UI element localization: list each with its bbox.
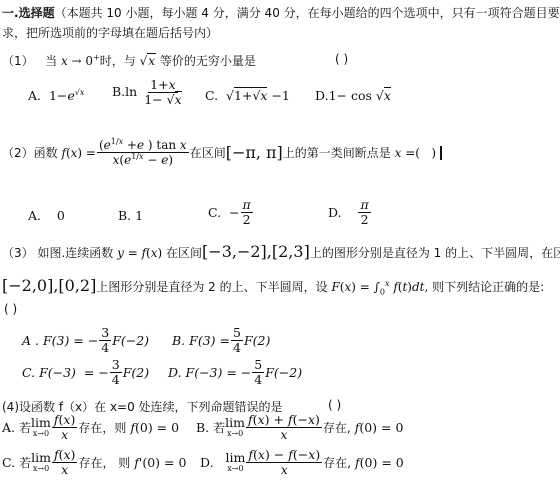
option-label: D. (168, 365, 182, 380)
option-4c[interactable]: C. 若limx→0 f(x)x 存在， 则 f '(0) = 0 (2, 448, 186, 477)
interval: [−3,−2],[2,3] (202, 242, 310, 261)
fraction: (e1/x +e ) tan x x(e1/x − e) (97, 138, 189, 167)
stem-text: 当 (45, 54, 57, 68)
option-1d[interactable]: D.1− cos √x (315, 88, 391, 103)
option-label: D. (328, 205, 342, 220)
option-4a[interactable]: A. 若limx→0 f(x)x 存在，则 f(0) = 0 (2, 413, 179, 442)
stem-text: 上图形分别是直径为 2 的上、下半圆周，设 (96, 280, 327, 294)
option-label: A . (22, 333, 39, 348)
stem-text: 在区间 (166, 246, 202, 260)
option-expr: 0 (57, 208, 65, 223)
option-2a[interactable]: A. 0 (28, 208, 65, 223)
option-label: D. (315, 88, 329, 103)
option-label: B. (196, 420, 209, 435)
option-3a[interactable]: A . F(3) = −34F(−2) (22, 326, 149, 355)
question-3-stem-line1: （3） 如图.连续函数 y = f(x) 在区间[−3,−2],[2,3]上的图… (2, 242, 560, 261)
option-4b[interactable]: B. 若limx→0 f(x) + f(−x)x 存在, f(0) = 0 (196, 413, 403, 442)
option-2b[interactable]: B. 1 (118, 208, 143, 223)
option-label: B. (112, 84, 125, 99)
text-cursor (440, 146, 442, 160)
question-number: (4) (2, 400, 19, 414)
option-3c[interactable]: C. F(−3) = −34F(2) (22, 358, 149, 387)
sqrt-expr: √x (140, 54, 156, 68)
answer-blank[interactable]: ( ) (328, 398, 341, 412)
stem-text: 函数 (34, 144, 58, 161)
option-label: A. (2, 420, 15, 435)
option-label: A. (28, 208, 41, 223)
section-number: 一. (2, 6, 19, 20)
answer-blank[interactable]: ( ) (335, 52, 348, 66)
interval: [−π, π] (226, 143, 283, 162)
question-2-stem: （2） 函数 f(x) = (e1/x +e ) tan x x(e1/x − … (2, 138, 442, 167)
stem-text: 上的图形分别是直径为 1 的上、下半圆周，在区间 (310, 246, 560, 260)
integral-expr: F(x) = ∫0x f(t)dt, (331, 280, 428, 294)
stem-text: 则下列结论正确的是: (432, 280, 544, 294)
option-2d[interactable]: D. π2 (328, 198, 372, 227)
math-expr: → 0+ (68, 54, 100, 68)
stem-text: 等价的无穷小量是 (160, 54, 256, 68)
question-number: （2） (2, 144, 34, 161)
option-expr: 1 (135, 208, 143, 223)
option-4d[interactable]: D. limx→0 f(x) − f(−x)x 存在, f(0) = 0 (200, 448, 404, 477)
stem-text: 如图.连续函数 (37, 246, 113, 260)
section-instructions-cont: 求，把所选项前的字母填在题后括号内） (2, 24, 218, 41)
option-label: B. (172, 333, 185, 348)
stem-text: 在区间 (190, 144, 226, 161)
answer-blank[interactable]: x =( ) (391, 146, 436, 160)
question-1-stem: （1） 当 x → 0+时，与 √x 等价的无穷小量是 (2, 52, 256, 69)
math-expr: x (61, 54, 68, 68)
question-number: （1） (2, 54, 34, 68)
option-label: B. (118, 208, 131, 223)
question-number: （3） (2, 246, 34, 260)
stem-text: 时，与 (100, 54, 136, 68)
option-1b[interactable]: B.ln 1+x1− √x (112, 78, 185, 107)
interval: [−2,0],[0,2] (2, 276, 96, 295)
option-label: C. (22, 365, 35, 380)
answer-blank[interactable]: ( ) (4, 302, 17, 316)
section-title: 选择题 (19, 6, 55, 20)
math-expr: f(x) = (58, 146, 96, 160)
math-expr: y (117, 246, 124, 260)
option-label: C. (208, 205, 221, 220)
stem-text: 上的第一类间断点是 (283, 144, 391, 161)
option-1c[interactable]: C. √1+√x −1 (205, 88, 290, 103)
option-1a[interactable]: A. 1−e√x (28, 88, 84, 103)
section-instructions: （本题共 10 小题，每小题 4 分，满分 40 分，在每小题给的四个选项中，只… (55, 6, 560, 20)
option-label: A. (28, 88, 41, 103)
section-header: 一.选择题（本题共 10 小题，每小题 4 分，满分 40 分，在每小题给的四个… (2, 4, 560, 21)
option-label: D. (200, 455, 214, 470)
question-3-stem-line2: [−2,0],[0,2]上图形分别是直径为 2 的上、下半圆周，设 F(x) =… (2, 276, 544, 296)
option-label: C. (2, 455, 15, 470)
option-label: C. (205, 88, 218, 103)
fraction: 1+x1− √x (142, 78, 183, 107)
option-2c[interactable]: C. − π2 (208, 198, 254, 227)
option-3d[interactable]: D. F(−3) = −54F(−2) (168, 358, 302, 387)
option-3b[interactable]: B. F(3) = 54F(2) (172, 326, 270, 355)
